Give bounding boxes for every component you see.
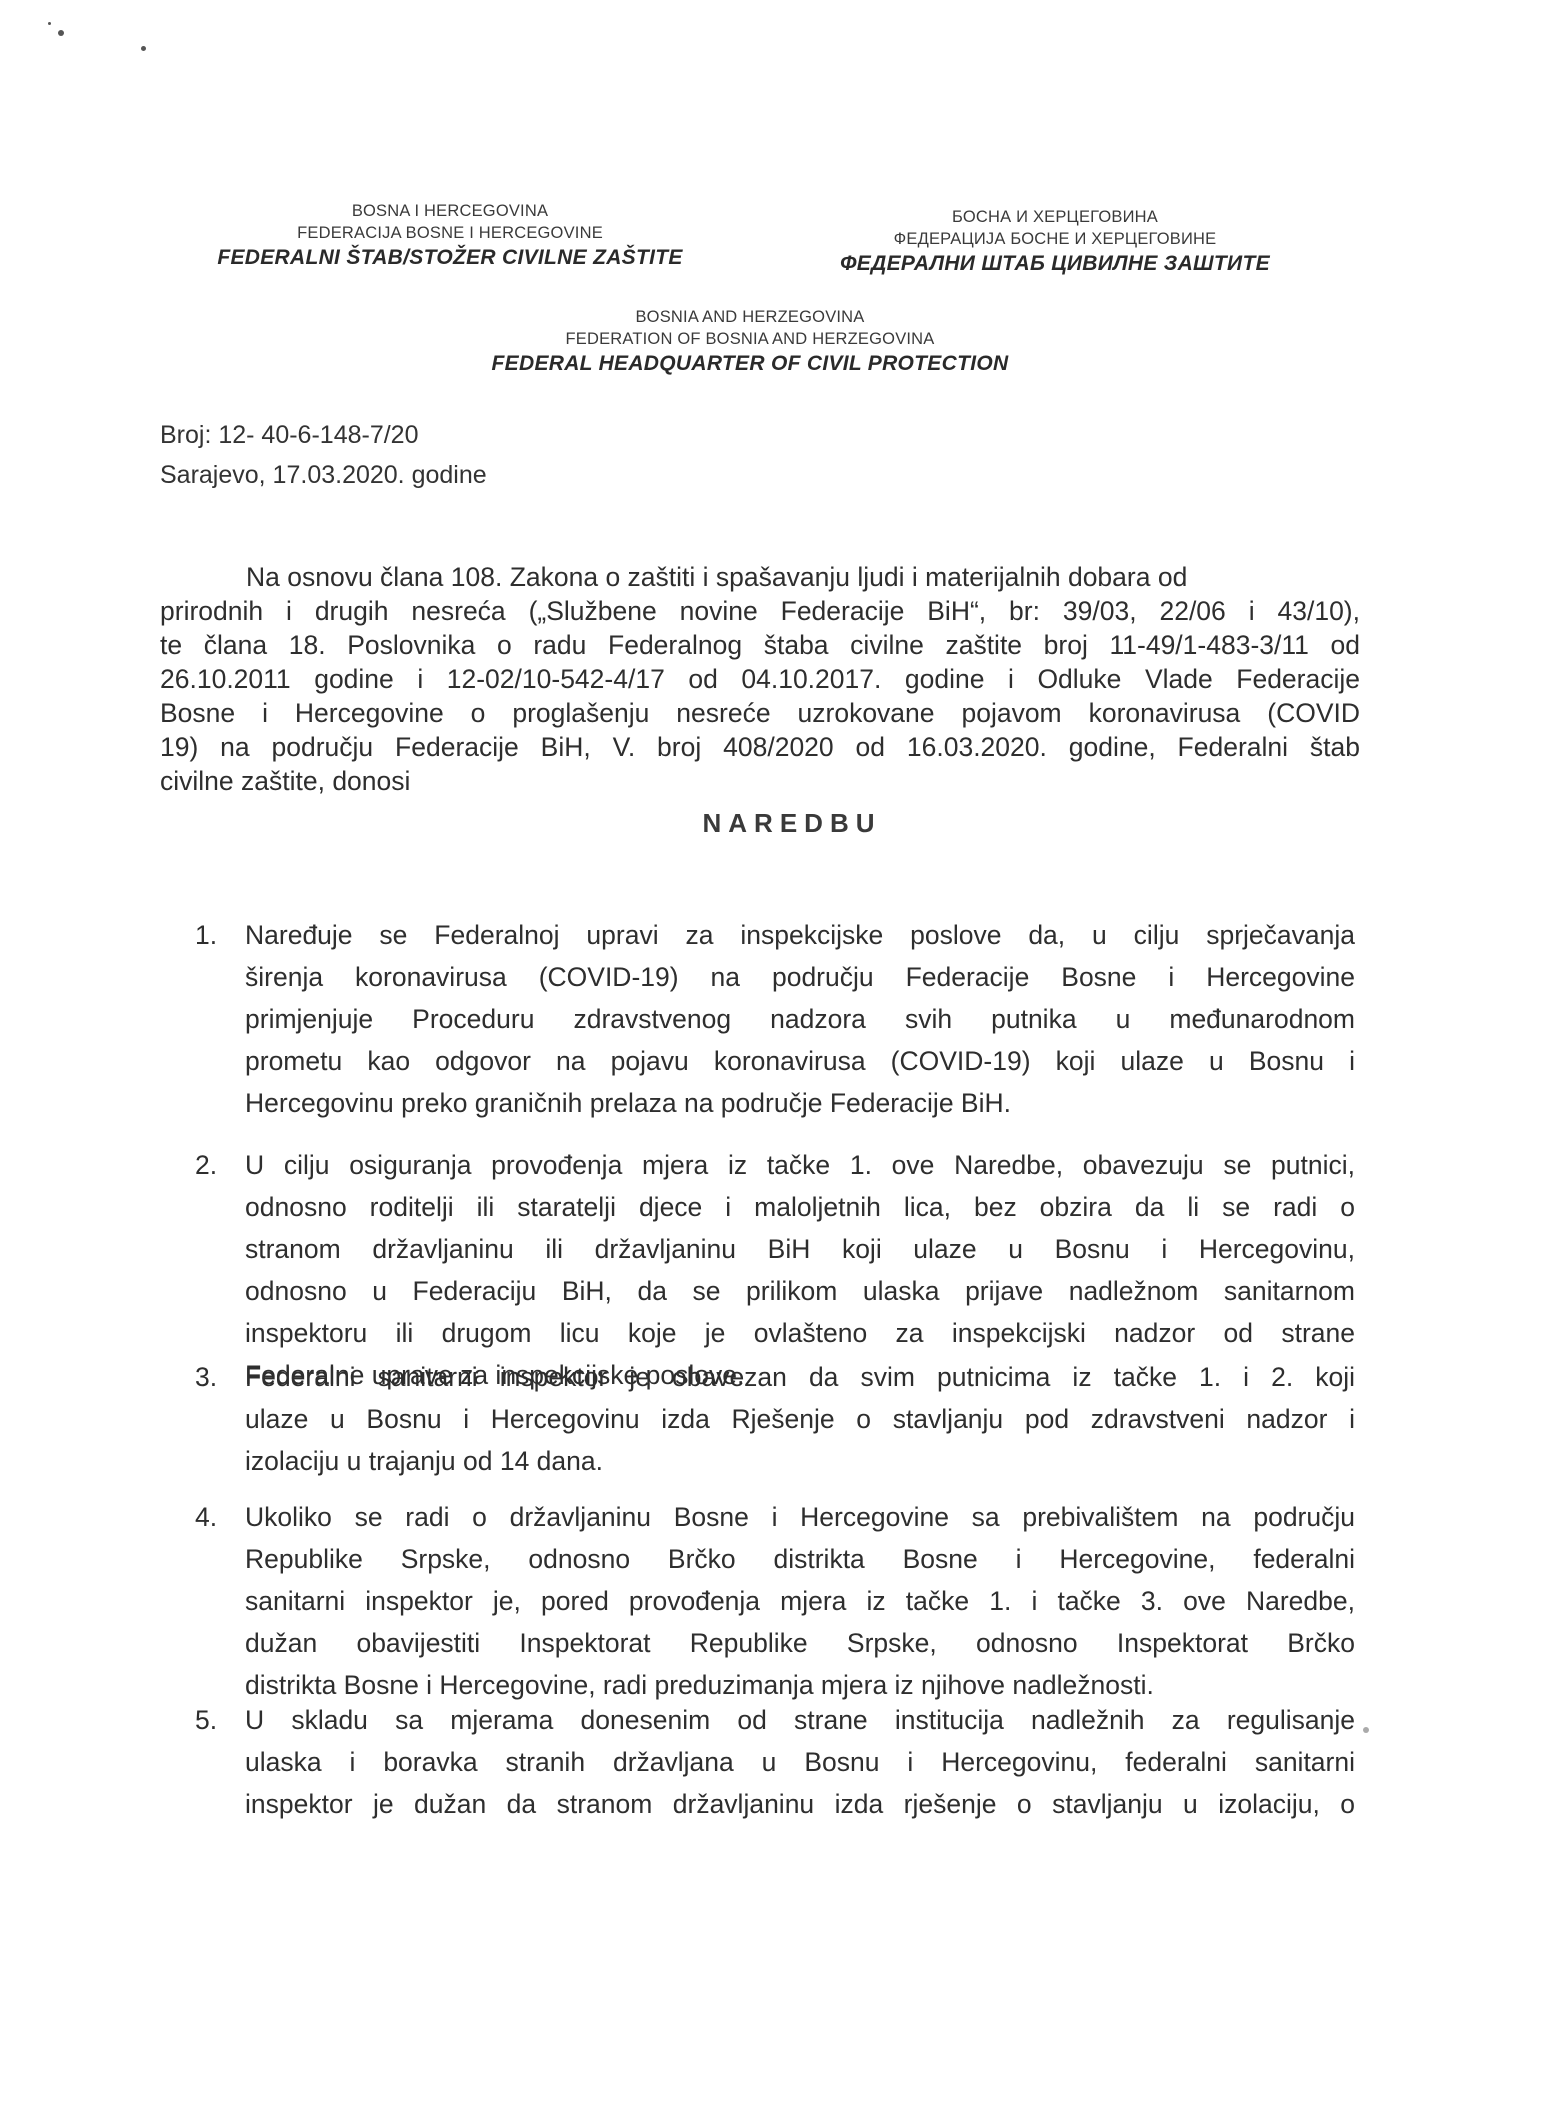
order-item-line: širenja koronavirusa (COVID-19) na podru… (245, 960, 1355, 994)
order-item-line: U cilju osiguranja provođenja mjera iz t… (245, 1148, 1355, 1182)
header-left-line2: FEDERACIJA BOSNE I HERCEGOVINE (170, 222, 730, 244)
order-item-number: 4. (195, 1500, 217, 1534)
order-item-line: Hercegovinu preko graničnih prelaza na p… (245, 1086, 1011, 1120)
order-item-line: Ukoliko se radi o državljaninu Bosne i H… (245, 1500, 1355, 1534)
order-item-line: Naređuje se Federalnoj upravi za inspekc… (245, 918, 1355, 952)
document-place-date: Sarajevo, 17.03.2020. godine (160, 455, 487, 495)
preamble-line: te člana 18. Poslovnika o radu Federalno… (160, 628, 1360, 662)
order-item-line: dužan obavijestiti Inspektorat Republike… (245, 1626, 1355, 1660)
document-number: Broj: 12- 40-6-148-7/20 (160, 415, 487, 455)
header-right: БОСНА И ХЕРЦЕГОВИНА ФЕДЕРАЦИЈА БОСНЕ И Х… (775, 206, 1335, 278)
scan-speck (48, 22, 51, 25)
order-item-number: 1. (195, 918, 217, 952)
order-item-line: Federalni sanitarni inspektor je obaveza… (245, 1360, 1355, 1394)
header-center: BOSNIA AND HERZEGOVINA FEDERATION OF BOS… (430, 306, 1070, 378)
order-item-line: inspektoru ili drugom licu koje je ovlaš… (245, 1316, 1355, 1350)
order-item-line: izolaciju u trajanju od 14 dana. (245, 1444, 603, 1478)
order-item-line: ulaska i boravka stranih državljana u Bo… (245, 1745, 1355, 1779)
header-left: BOSNA I HERCEGOVINA FEDERACIJA BOSNE I H… (170, 200, 730, 272)
document-meta: Broj: 12- 40-6-148-7/20 Sarajevo, 17.03.… (160, 415, 487, 495)
scan-speck (1363, 1727, 1369, 1733)
order-item-line: ulaze u Bosnu i Hercegovinu izda Rješenj… (245, 1402, 1355, 1436)
header-left-line1: BOSNA I HERCEGOVINA (170, 200, 730, 222)
order-item-line: odnosno roditelji ili staratelji djece i… (245, 1190, 1355, 1224)
scan-speck (141, 46, 146, 51)
preamble-line: 26.10.2011 godine i 12-02/10-542-4/17 od… (160, 662, 1360, 696)
header-center-line2: FEDERATION OF BOSNIA AND HERZEGOVINA (430, 328, 1070, 350)
header-right-line2: ФЕДЕРАЦИЈА БОСНЕ И ХЕРЦЕГОВИНЕ (775, 228, 1335, 250)
order-item-line: U skladu sa mjerama donesenim od strane … (245, 1703, 1355, 1737)
header-left-title: FEDERALNI ŠTAB/STOŽER CIVILNE ZAŠTITE (170, 244, 730, 272)
order-item-line: prometu kao odgovor na pojavu koronaviru… (245, 1044, 1355, 1078)
order-item-line: distrikta Bosne i Hercegovine, radi pred… (245, 1668, 1154, 1702)
document-title: NAREDBU (0, 808, 1544, 839)
preamble-line: Na osnovu člana 108. Zakona o zaštiti i … (246, 560, 1187, 594)
order-item-line: inspektor je dužan da stranom državljani… (245, 1787, 1355, 1821)
order-item-line: Republike Srpske, odnosno Brčko distrikt… (245, 1542, 1355, 1576)
order-item-line: primjenjuje Proceduru zdravstvenog nadzo… (245, 1002, 1355, 1036)
header-right-line1: БОСНА И ХЕРЦЕГОВИНА (775, 206, 1335, 228)
scan-speck (58, 30, 64, 36)
order-item-number: 3. (195, 1360, 217, 1394)
preamble-line: civilne zaštite, donosi (160, 764, 410, 798)
order-item-line: stranom državljaninu ili državljaninu Bi… (245, 1232, 1355, 1266)
order-item-number: 2. (195, 1148, 217, 1182)
header-center-line1: BOSNIA AND HERZEGOVINA (430, 306, 1070, 328)
header-right-title: ФЕДЕРАЛНИ ШТАБ ЦИВИЛНЕ ЗАШТИТЕ (775, 250, 1335, 278)
header-center-title: FEDERAL HEADQUARTER OF CIVIL PROTECTION (430, 350, 1070, 378)
order-item-line: sanitarni inspektor je, pored provođenja… (245, 1584, 1355, 1618)
order-item-line: odnosno u Federaciju BiH, da se prilikom… (245, 1274, 1355, 1308)
preamble-line: prirodnih i drugih nesreća („Službene no… (160, 594, 1360, 628)
preamble-line: 19) na području Federacije BiH, V. broj … (160, 730, 1360, 764)
order-item-number: 5. (195, 1703, 217, 1737)
preamble-line: Bosne i Hercegovine o proglašenju nesreć… (160, 696, 1360, 730)
